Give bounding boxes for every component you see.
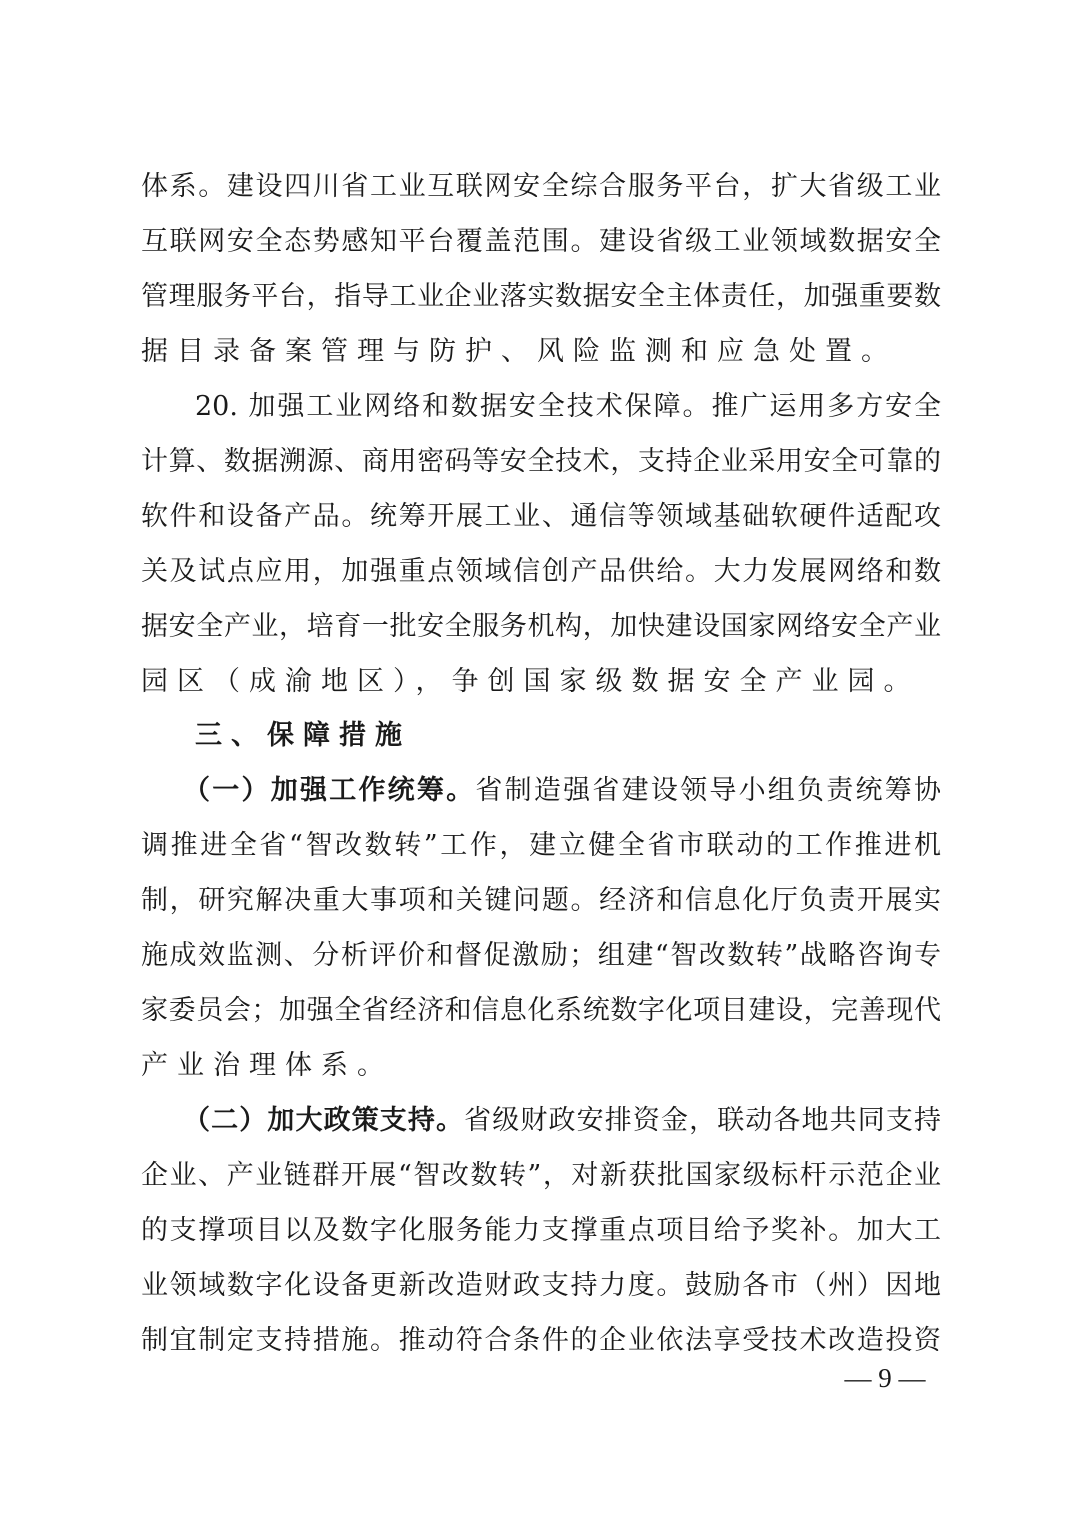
subsection-text: 省级财政安排资金，联动各地共同支持: [464, 1105, 941, 1136]
paragraph-line: 互联网安全态势感知平台覆盖范围。建设省级工业领域数据安全: [141, 222, 941, 262]
paragraph-line: 企业、产业链群开展“智改数转”，对新获批国家级标杆示范企业: [141, 1156, 941, 1196]
paragraph-line: 软件和设备产品。统筹开展工业、通信等领域基础软硬件适配攻: [141, 497, 941, 537]
paragraph-line: 家委员会；加强全省经济和信息化系统数字化项目建设，完善现代: [141, 991, 941, 1031]
subsection-1-first-line: （一）加强工作统筹。省制造强省建设领导小组负责统筹协: [183, 771, 941, 811]
paragraph-line: 据目录备案管理与防护、风险监测和应急处置。: [141, 332, 941, 372]
paragraph-line: 业领域数字化设备更新改造财政支持力度。鼓励各市（州）因地: [141, 1266, 941, 1306]
item-title: 加强工业网络和数据安全技术保障。: [248, 391, 711, 422]
paragraph-line: 调推进全省“智改数转”工作，建立健全省市联动的工作推进机: [141, 826, 941, 866]
page-number: — 9 —: [830, 1358, 940, 1398]
item-number: 20.: [195, 391, 238, 422]
subsection-2-first-line: （二）加大政策支持。省级财政安排资金，联动各地共同支持: [183, 1101, 941, 1141]
item-20-first-line: 20. 加强工业网络和数据安全技术保障。推广运用多方安全: [195, 387, 941, 427]
paragraph-line: 计算、数据溯源、商用密码等安全技术，支持企业采用安全可靠的: [141, 442, 941, 482]
subsection-label: （一）加强工作统筹。: [183, 775, 475, 806]
paragraph-line: 园区（成渝地区），争创国家级数据安全产业园。: [141, 662, 941, 702]
paragraph-line: 产业治理体系。: [141, 1046, 941, 1086]
paragraph-line: 关及试点应用，加强重点领域信创产品供给。大力发展网络和数: [141, 552, 941, 592]
paragraph-line: 管理服务平台，指导工业企业落实数据安全主体责任，加强重要数: [141, 277, 941, 317]
subsection-text: 省制造强省建设领导小组负责统筹协: [475, 775, 941, 806]
paragraph-line: 体系。建设四川省工业互联网安全综合服务平台，扩大省级工业: [141, 167, 941, 207]
paragraph-line: 施成效监测、分析评价和督促激励；组建“智改数转”战略咨询专: [141, 936, 941, 976]
paragraph-line: 制，研究解决重大事项和关键问题。经济和信息化厅负责开展实: [141, 881, 941, 921]
section-heading: 三、保障措施: [195, 716, 941, 756]
paragraph-line: 据安全产业，培育一批安全服务机构，加快建设国家网络安全产业: [141, 607, 941, 647]
paragraph-line: 制宜制定支持措施。推动符合条件的企业依法享受技术改造投资: [141, 1321, 941, 1361]
item-text: 推广运用多方安全: [711, 391, 941, 422]
document-page: 体系。建设四川省工业互联网安全综合服务平台，扩大省级工业 互联网安全态势感知平台…: [0, 0, 1080, 1527]
subsection-label: （二）加大政策支持。: [183, 1105, 464, 1136]
paragraph-line: 的支撑项目以及数字化服务能力支撑重点项目给予奖补。加大工: [141, 1211, 941, 1251]
